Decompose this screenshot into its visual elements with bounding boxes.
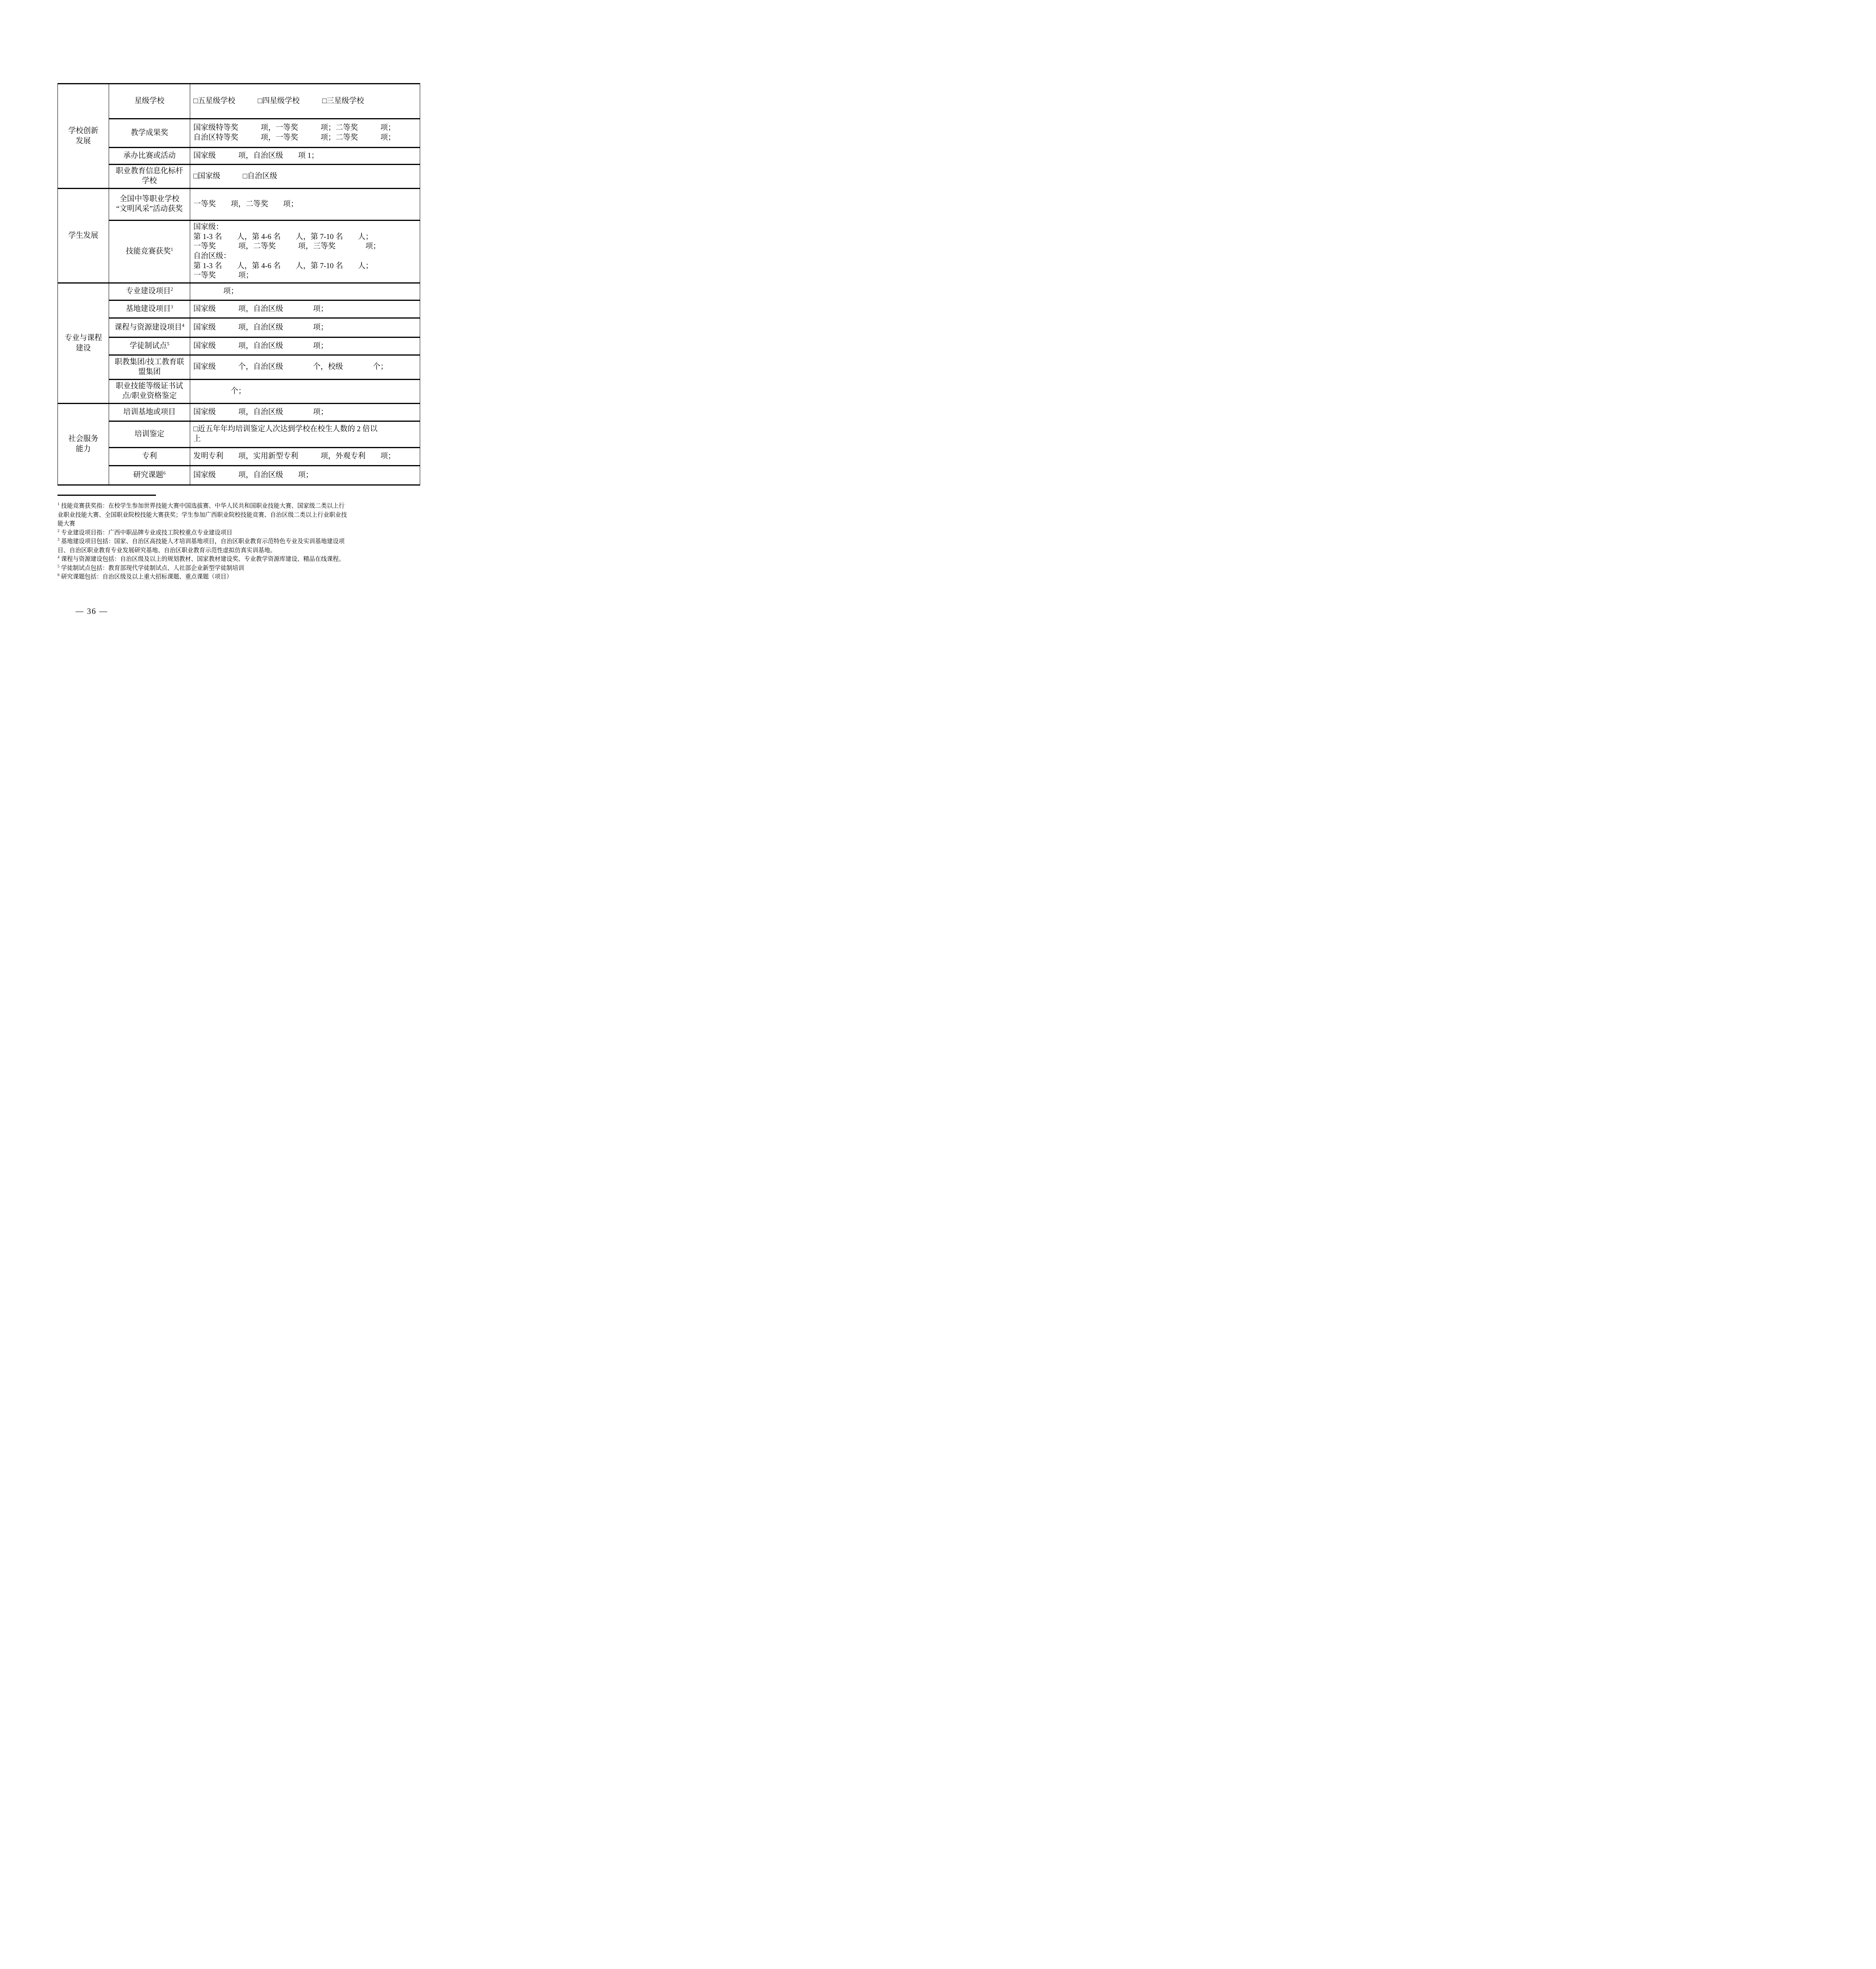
table-row: 培训鉴定 □近五年年均培训鉴定人次达到学校在校生人数的 2 倍以 上	[58, 421, 420, 448]
row-value: 一等奖 项，二等奖 项；	[190, 189, 420, 221]
row-label: 研究课题6	[109, 466, 190, 485]
footnote-ref-mark: 6	[163, 470, 166, 475]
row-label-text: 培训鉴定	[134, 430, 164, 438]
row-value: 发明专利 项，实用新型专利 项，外观专利 项；	[190, 448, 420, 466]
row-label-text: 研究课题	[133, 471, 163, 479]
table-row: 职教集团/技工教育联盟集团 国家级 个，自治区级 个，校级 个；	[58, 355, 420, 380]
row-label: 职业教育信息化标杆学校	[109, 165, 190, 189]
table-row: 基地建设项目3 国家级 项，自治区级 项；	[58, 300, 420, 318]
row-label-text: 职业教育信息化标杆学校	[116, 167, 183, 185]
footnote-number: 6	[57, 573, 59, 577]
table-row: 职业教育信息化标杆学校 □国家级 □自治区级	[58, 165, 420, 189]
row-label-text: 职教集团/技工教育联盟集团	[115, 358, 184, 376]
row-label-text: 技能竞赛获奖	[126, 247, 171, 256]
table-row: 专利 发明专利 项，实用新型专利 项，外观专利 项；	[58, 448, 420, 466]
table-row: 研究课题6 国家级 项，自治区级 项；	[58, 466, 420, 485]
table-row: 教学成果奖 国家级特等奖 项，一等奖 项；二等奖 项； 自治区特等奖 项，一等奖…	[58, 119, 420, 148]
section-label-social-service: 社会服务 能力	[58, 404, 109, 485]
table-row: 课程与资源建设项目4 国家级 项，自治区级 项；	[58, 318, 420, 337]
footnote: 4课程与资源建设包括：自治区级及以上的规划教材、国家教材建设奖、专业教学资源库建…	[57, 555, 413, 564]
footnote-number: 3	[57, 538, 59, 542]
footnote-number: 4	[57, 555, 59, 560]
footnote-divider	[57, 495, 156, 496]
section-label-school-innovation: 学校创新 发展	[58, 84, 109, 189]
row-label-text: 专业建设项目	[126, 287, 171, 295]
footnote-number: 1	[57, 502, 59, 506]
row-label: 培训鉴定	[109, 421, 190, 448]
footnote-ref-mark: 1	[171, 246, 173, 252]
row-label-text: 职业技能等级证书试点/职业资格鉴定	[116, 382, 183, 400]
row-label: 技能竞赛获奖1	[109, 221, 190, 283]
row-label: 承办比赛或活动	[109, 148, 190, 165]
table-row: 技能竞赛获奖1 国家级： 第 1-3 名 人，第 4-6 名 人，第 7-10 …	[58, 221, 420, 283]
footnote-text: 课程与资源建设包括：自治区级及以上的规划教材、国家教材建设奖、专业教学资源库建设…	[61, 556, 345, 562]
footnote-text: 学徒制试点包括：教育部现代学徒制试点、人社部企业新型学徒制培训	[61, 565, 244, 571]
footnote-text: 研究课题包括：自治区级及以上重大招标课题、重点课题（项目）	[61, 574, 232, 580]
row-label-text: 基地建设项目	[126, 305, 171, 313]
footnote-text: 技能竞赛获奖指：在校学生参加世界技能大赛中国选拔赛、中华人民共和国职业技能大赛、…	[57, 503, 347, 527]
row-label-text: 学徒制试点	[130, 342, 167, 350]
table-row: 学校创新 发展 星级学校 □五星级学校 □四星级学校 □三星级学校	[58, 84, 420, 119]
table-row: 社会服务 能力 培训基地或项目 国家级 项，自治区级 项；	[58, 404, 420, 421]
row-value: 国家级特等奖 项，一等奖 项；二等奖 项； 自治区特等奖 项，一等奖 项；二等奖…	[190, 119, 420, 148]
row-value: 国家级 项，自治区级 项；	[190, 337, 420, 355]
row-label-text: 课程与资源建设项目	[115, 323, 182, 332]
section-label-student-development: 学生发展	[58, 189, 109, 283]
row-label: 职业技能等级证书试点/职业资格鉴定	[109, 380, 190, 404]
table-row: 职业技能等级证书试点/职业资格鉴定 个；	[58, 380, 420, 404]
footnote-text: 专业建设项目指：广西中职品牌专业或技工院校重点专业建设项目	[61, 530, 232, 536]
row-label: 教学成果奖	[109, 119, 190, 148]
footnote: 3基地建设项目包括：国家、自治区高技能人才培训基地项目，自治区职业教育示范特色专…	[57, 537, 413, 555]
row-value: 国家级 项，自治区级 项；	[190, 318, 420, 337]
section-label-major-curriculum: 专业与课程 建设	[58, 283, 109, 404]
footnote-text: 基地建设项目包括：国家、自治区高技能人才培训基地项目，自治区职业教育示范特色专业…	[57, 538, 345, 554]
footnote: 2专业建设项目指：广西中职品牌专业或技工院校重点专业建设项目	[57, 528, 413, 538]
row-value: 项；	[190, 283, 420, 300]
row-value: 国家级 个，自治区级 个，校级 个；	[190, 355, 420, 380]
row-value: 个；	[190, 380, 420, 404]
row-label: 专业建设项目2	[109, 283, 190, 300]
row-label-text: 培训基地或项目	[123, 408, 176, 416]
table-row: 专业与课程 建设 专业建设项目2 项；	[58, 283, 420, 300]
evaluation-form-table: 学校创新 发展 星级学校 □五星级学校 □四星级学校 □三星级学校 教学成果奖 …	[57, 83, 420, 486]
row-label: 基地建设项目3	[109, 300, 190, 318]
row-value: 国家级 项，自治区级 项；	[190, 300, 420, 318]
page-number: — 36 —	[76, 607, 108, 616]
footnote-ref-mark: 4	[182, 322, 184, 328]
footnote-ref-mark: 2	[171, 286, 173, 292]
table-row: 学生发展 全国中等职业学校“文明风采”活动获奖 一等奖 项，二等奖 项；	[58, 189, 420, 221]
footnote: 5学徒制试点包括：教育部现代学徒制试点、人社部企业新型学徒制培训	[57, 564, 413, 573]
footnotes-block: 1技能竞赛获奖指：在校学生参加世界技能大赛中国选拔赛、中华人民共和国职业技能大赛…	[57, 502, 413, 582]
row-label-text: 教学成果奖	[131, 129, 168, 137]
table-row: 承办比赛或活动 国家级 项，自治区级 项 1；	[58, 148, 420, 165]
row-label: 专利	[109, 448, 190, 466]
row-label: 培训基地或项目	[109, 404, 190, 421]
row-label-text: 全国中等职业学校“文明风采”活动获奖	[116, 195, 183, 213]
footnote-ref-mark: 5	[167, 341, 169, 346]
row-label-text: 承办比赛或活动	[123, 152, 176, 160]
row-label: 学徒制试点5	[109, 337, 190, 355]
row-value: 国家级 项，自治区级 项；	[190, 404, 420, 421]
row-label: 课程与资源建设项目4	[109, 318, 190, 337]
footnote: 1技能竞赛获奖指：在校学生参加世界技能大赛中国选拔赛、中华人民共和国职业技能大赛…	[57, 502, 413, 528]
row-label: 星级学校	[109, 84, 190, 119]
row-label: 职教集团/技工教育联盟集团	[109, 355, 190, 380]
footnote-number: 2	[57, 529, 59, 533]
row-label-text: 星级学校	[134, 97, 164, 105]
footnote-ref-mark: 3	[171, 304, 173, 309]
row-value: 国家级 项，自治区级 项 1；	[190, 148, 420, 165]
row-value-training-checkbox: □近五年年均培训鉴定人次达到学校在校生人数的 2 倍以 上	[190, 421, 420, 448]
footnote-number: 5	[57, 564, 59, 569]
row-value: 国家级 项，自治区级 项；	[190, 466, 420, 485]
row-label: 全国中等职业学校“文明风采”活动获奖	[109, 189, 190, 221]
row-label-text: 专利	[142, 452, 157, 460]
row-value: 国家级： 第 1-3 名 人，第 4-6 名 人，第 7-10 名 人； 一等奖…	[190, 221, 420, 283]
row-value-level-checkboxes: □国家级 □自治区级	[190, 165, 420, 189]
document-page: 学校创新 发展 星级学校 □五星级学校 □四星级学校 □三星级学校 教学成果奖 …	[0, 0, 469, 663]
footnote: 6研究课题包括：自治区级及以上重大招标课题、重点课题（项目）	[57, 573, 413, 582]
row-value-star-school-checkboxes: □五星级学校 □四星级学校 □三星级学校	[190, 84, 420, 119]
table-row: 学徒制试点5 国家级 项，自治区级 项；	[58, 337, 420, 355]
